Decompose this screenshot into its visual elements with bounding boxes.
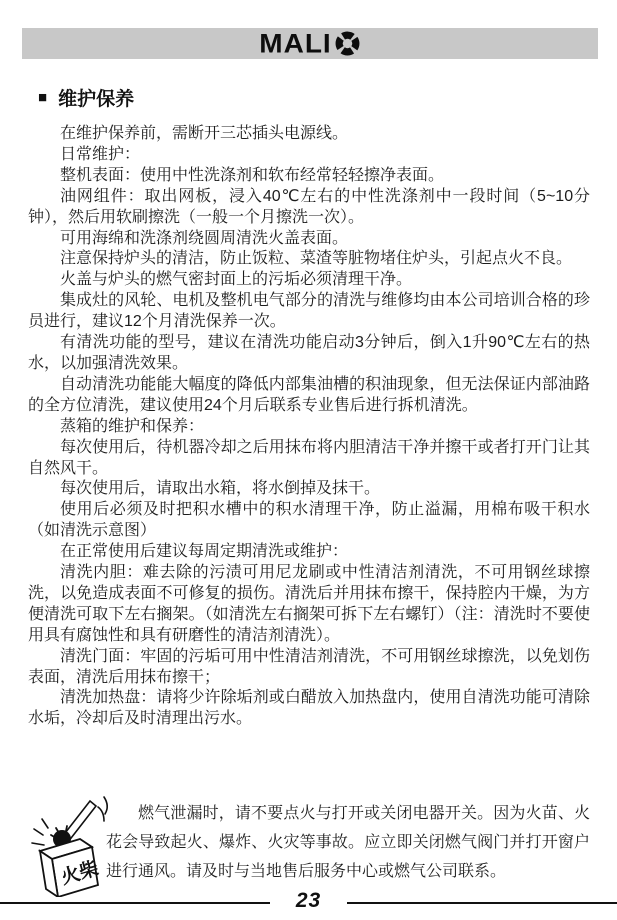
section-heading: ■ 维护保养 [38, 84, 134, 111]
paragraph: 整机表面：使用中性洗涤剂和软布经常轻轻擦净表面。 [28, 166, 590, 187]
paragraph: 清洗内胆：难去除的污渍可用尼龙刷或中性清洁剂清洗，不可用钢丝球擦洗，以免造成表面… [28, 563, 590, 647]
manual-page: MALI ■ 维护保养 在维护保养前，需断开三芯插头电源线。日常维护：整机表面：… [0, 0, 617, 920]
paragraph: 自动清洗功能能大幅度的降低内部集油槽的积油现象，但无法保证内部油路的全方位清洗，… [28, 375, 590, 417]
paragraph: 注意保持炉头的清洁，防止饭粒、菜渣等脏物堵住炉头，引起点火不良。 [28, 249, 590, 270]
matchbox-icon: 火柴 [28, 793, 116, 897]
paragraph: 油网组件：取出网板，浸入40℃左右的中性洗涤剂中一段时间（5~10分钟），然后用… [28, 187, 590, 229]
paragraph: 火盖与炉头的燃气密封面上的污垢必须清理干净。 [28, 270, 590, 291]
square-bullet-icon: ■ [38, 90, 47, 105]
footer-rule-right [347, 902, 617, 904]
paragraph: 可用海绵和洗涤剂绕圆周清洗火盖表面。 [28, 229, 590, 250]
paragraph: 使用后必须及时把积水槽中的积水清理干净，防止溢漏，用棉布吸干积水（如清洗示意图） [28, 500, 590, 542]
section-title: 维护保养 [58, 84, 134, 111]
paragraph: 有清洗功能的型号，建议在清洗功能启动3分钟后，倒入1升90℃左右的热水，以加强清… [28, 333, 590, 375]
paragraph: 每次使用后，请取出水箱，将水倒掉及抹干。 [28, 479, 590, 500]
paragraph: 蒸箱的维护和保养： [28, 417, 590, 438]
brand-logo: MALI [259, 30, 360, 58]
paragraph: 清洗加热盘：请将少许除垢剂或白醋放入加热盘内，使用自清洗功能可清除水垢，冷却后及… [28, 688, 590, 730]
brand-logo-o-icon [334, 30, 361, 57]
paragraph: 集成灶的风轮、电机及整机电气部分的清洗与维修均由本公司培训合格的珍员进行，建议1… [28, 291, 590, 333]
brand-logo-text: MALI [259, 30, 331, 57]
paragraph: 清洗门面：牢固的污垢可用中性清洁剂清洗，不可用钢丝球擦洗，以免划伤表面，清洗后用… [28, 647, 590, 689]
paragraph: 在维护保养前，需断开三芯插头电源线。 [28, 124, 590, 145]
paragraph: 每次使用后，待机器冷却之后用抹布将内胆清洁干净并擦干或者打开门让其自然风干。 [28, 438, 590, 480]
page-number: 23 [270, 889, 347, 913]
paragraph: 日常维护： [28, 145, 590, 166]
footer-rule-left [0, 902, 270, 904]
brand-header-bar: MALI [22, 28, 598, 59]
warning-text: 燃气泄漏时，请不要点火与打开或关闭电器开关。因为火苗、火花会导致起火、爆炸、火灾… [106, 799, 590, 886]
body-text: 在维护保养前，需断开三芯插头电源线。日常维护：整机表面：使用中性洗涤剂和软布经常… [28, 124, 590, 730]
paragraph: 在正常使用后建议每周定期清洗或维护： [28, 542, 590, 563]
